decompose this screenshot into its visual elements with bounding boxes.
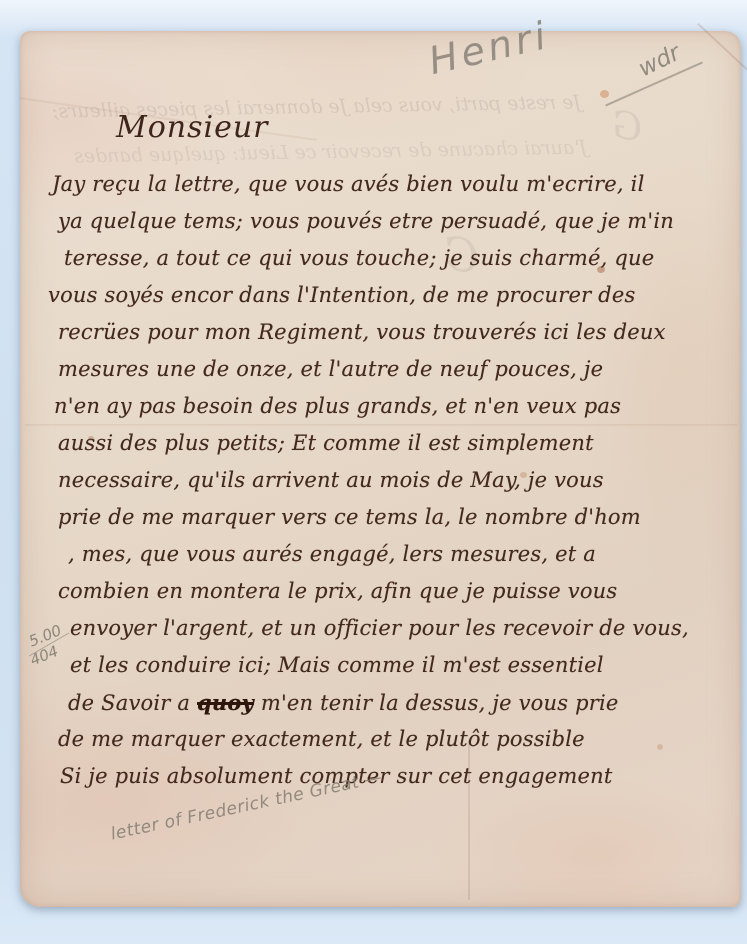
letter-body: Jay reçu la lettre, que vous avés bien v… <box>58 172 726 801</box>
manuscript-line: recrües pour mon Regiment, vous trouveré… <box>58 320 726 357</box>
fox-spot <box>600 90 609 98</box>
manuscript-line: et les conduire ici; Mais comme il m'est… <box>70 653 726 690</box>
manuscript-line: , mes, que vous aurés engagé, lers mesur… <box>68 542 726 579</box>
manuscript-line: prie de me marquer vers ce tems la, le n… <box>58 505 726 542</box>
manuscript-line: necessaire, qu'ils arrivent au mois de M… <box>58 468 726 505</box>
manuscript-line: Si je puis absolument compter sur cet en… <box>60 764 726 801</box>
manuscript-line: n'en ay pas besoin des plus grands, et n… <box>54 394 726 431</box>
manuscript-line: vous soyés encor dans l'Intention, de me… <box>48 283 726 320</box>
manuscript-line: teresse, a tout ce qui vous touche; je s… <box>64 246 726 283</box>
manuscript-line: mesures une de onze, et l'autre de neuf … <box>58 357 726 394</box>
scanned-letter-page: Je reste parti, vous cela Je donnerai le… <box>0 0 747 944</box>
manuscript-line-with-strikethrough: de Savoir a quoy m'en tenir la dessus, j… <box>68 690 726 727</box>
manuscript-line: Jay reçu la lettre, que vous avés bien v… <box>52 172 726 209</box>
manuscript-line-segment: de Savoir a <box>68 691 197 715</box>
bleedthrough-flourish: G <box>609 102 645 150</box>
manuscript-line: envoyer l'argent, et un officier pour le… <box>70 616 726 653</box>
struck-out-word: quoy <box>197 690 254 715</box>
manuscript-line: de me marquer exactement, et le plutôt p… <box>58 727 726 764</box>
manuscript-line: ya quelque tems; vous pouvés etre persua… <box>58 209 726 246</box>
manuscript-line: aussi des plus petits; Et comme il est s… <box>58 431 726 468</box>
letter-salutation: Monsieur <box>116 110 269 145</box>
manuscript-line: combien en montera le prix, afin que je … <box>58 579 726 616</box>
manuscript-line-segment: m'en tenir la dessus, je vous prie <box>254 691 619 715</box>
